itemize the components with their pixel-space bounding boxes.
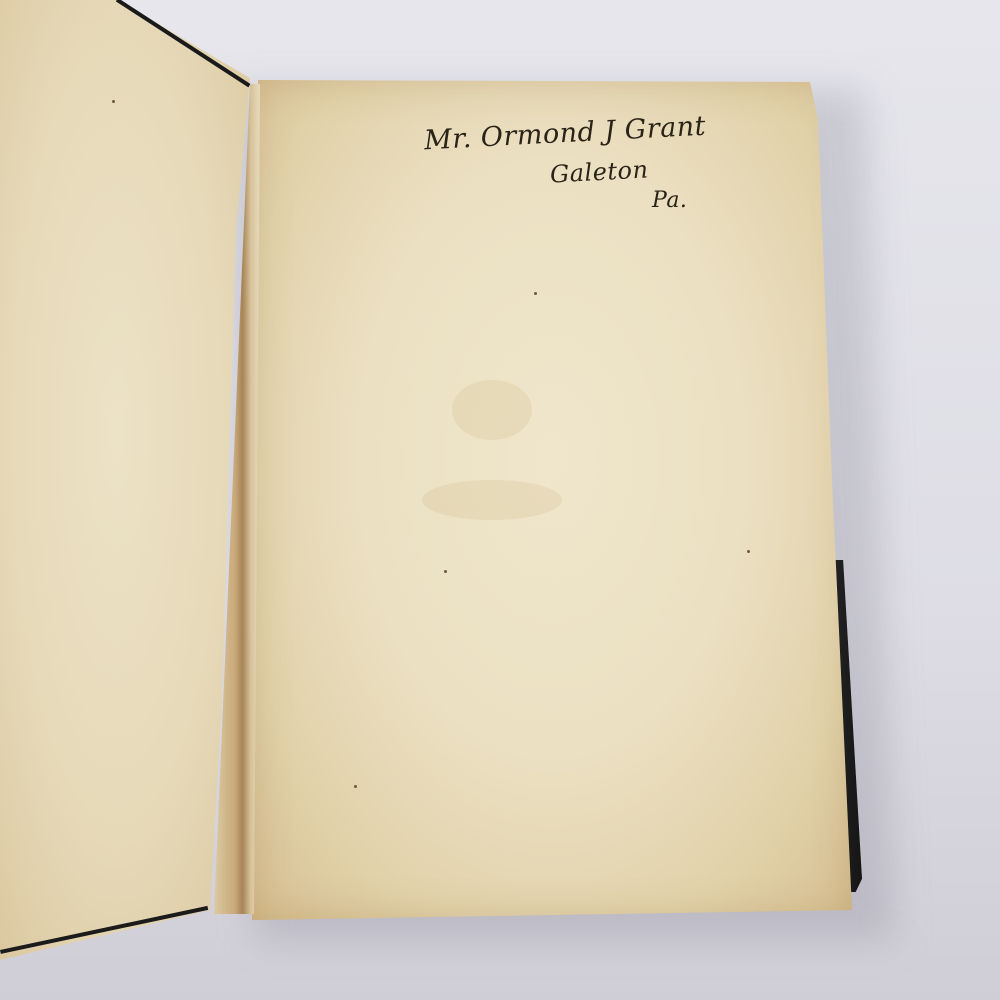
foxing-speck <box>444 570 447 573</box>
foxing-speck <box>534 292 537 295</box>
inscription-state: Pa. <box>652 188 687 213</box>
page-stain <box>452 380 532 440</box>
page-stain <box>422 480 562 520</box>
foxing-speck <box>747 550 750 553</box>
book-photo: Mr. Ormond J Grant Galeton Pa. <box>0 0 1000 1000</box>
foxing-speck <box>354 785 357 788</box>
handwritten-inscription: Mr. Ormond J Grant Galeton Pa. <box>420 112 780 222</box>
foxing-speck <box>112 100 115 103</box>
inscription-town: Galeton <box>549 155 649 188</box>
inscription-name: Mr. Ormond J Grant <box>423 111 706 157</box>
